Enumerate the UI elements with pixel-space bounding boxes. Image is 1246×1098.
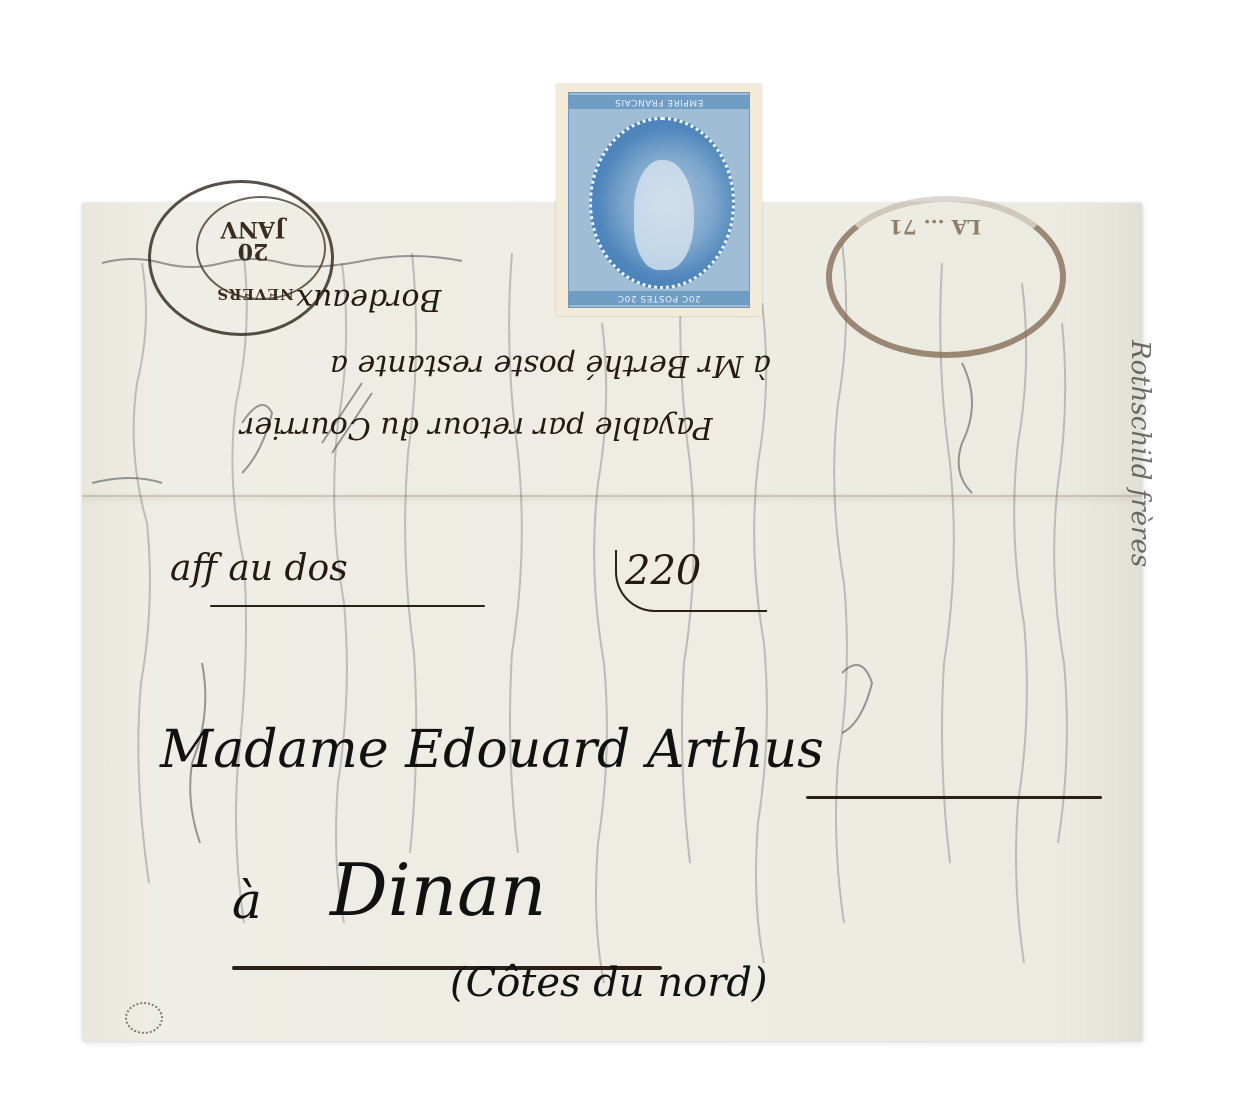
margin-inscription: Rothschild frères (1085, 340, 1155, 990)
recipient-region: (Côtes du nord) (450, 960, 768, 1006)
stamp-frame: EMPIRE FRANCAIS 20C POSTES 20C (568, 92, 750, 308)
recipient-underline (806, 796, 1102, 799)
stamp-portrait-icon (634, 160, 694, 270)
postmark-right-text: LA ... 71 (870, 215, 1000, 239)
recipient-name: Madame Edouard Arthus (160, 720, 824, 780)
stamp-country-label: 20C POSTES 20C (569, 291, 749, 305)
annotation-aff-au-dos: aff au dos (170, 548, 348, 589)
annotation-underline (210, 605, 485, 607)
postage-amount: 220 (625, 548, 701, 594)
inscription-upside-1: Bordeaux (296, 282, 442, 317)
city-prefix: à (232, 872, 262, 930)
postage-stamp: EMPIRE FRANCAIS 20C POSTES 20C (556, 84, 762, 316)
postmark-city: NEVERS (200, 285, 310, 303)
stamp-value-label: EMPIRE FRANCAIS (569, 95, 749, 109)
inscription-upside-3: Payable par retour du Courrier (240, 410, 713, 445)
recipient-city: Dinan (330, 848, 546, 932)
inscription-upside-2: à Mr Berthé poste restante a (330, 348, 771, 383)
fold-crease (82, 495, 1142, 497)
stamp-medallion (589, 117, 735, 289)
postmark-date: 20 JANV (208, 218, 298, 262)
maker-mark-icon (125, 1002, 163, 1034)
